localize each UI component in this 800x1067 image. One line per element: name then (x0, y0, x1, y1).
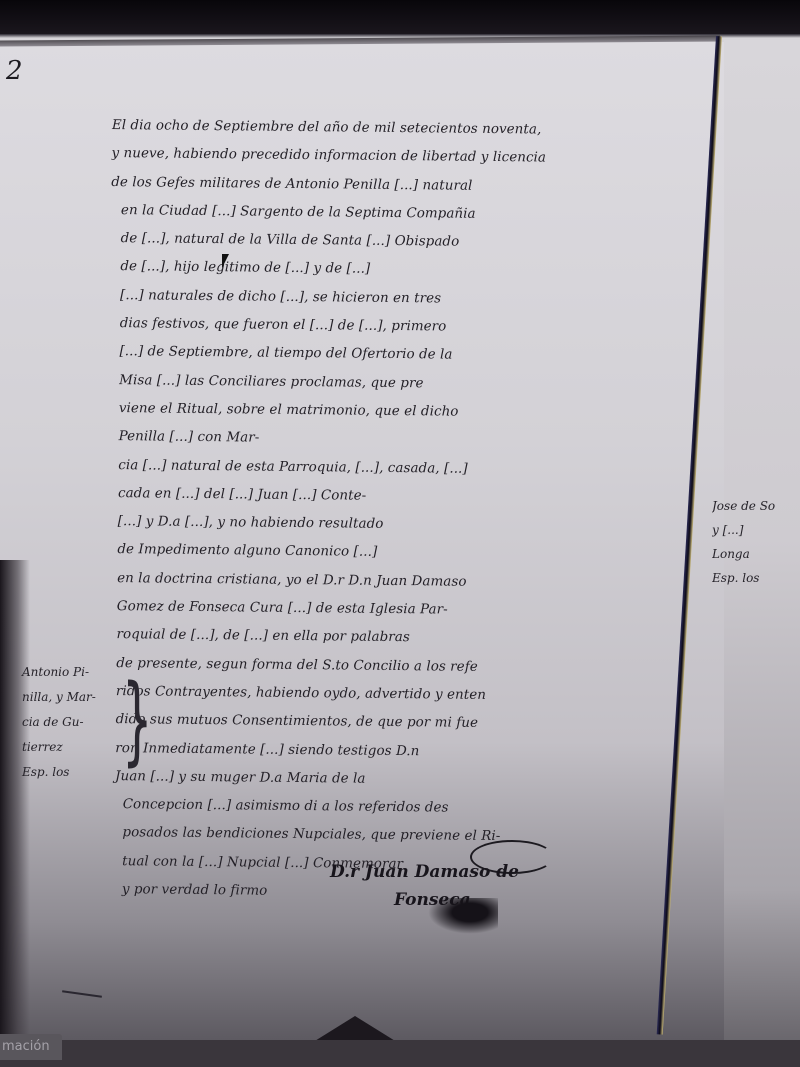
brace-icon: } (122, 672, 153, 768)
margin-line: y [...] (712, 518, 800, 542)
folio-number: 2 (6, 56, 23, 86)
manuscript-body: El dia ocho de Septiembre del año de mil… (104, 112, 702, 910)
margin-line: tierrez (22, 735, 122, 760)
margin-line: Esp. los (22, 760, 122, 785)
mouse-cursor-icon (222, 254, 229, 268)
margin-line: nilla, y Mar- (22, 685, 122, 710)
margin-note-right: Jose de So y [...] Longa Esp. los (712, 494, 800, 590)
margin-line: Esp. los (712, 566, 800, 590)
monitor-top-bezel (0, 0, 800, 34)
left-edge-shadow (0, 560, 30, 1040)
margin-line: Jose de So (712, 494, 800, 518)
margin-note-left: Antonio Pi- nilla, y Mar- cia de Gu- tie… (22, 660, 122, 785)
signature-line: D.r Juan Damaso de (330, 862, 590, 882)
monitor-bottom-bezel (0, 1040, 800, 1067)
margin-line: Longa (712, 542, 800, 566)
info-tab[interactable]: mación (0, 1034, 62, 1060)
signature-rubric (428, 898, 498, 934)
margin-line: Antonio Pi- (22, 660, 122, 685)
margin-line: cia de Gu- (22, 710, 122, 735)
